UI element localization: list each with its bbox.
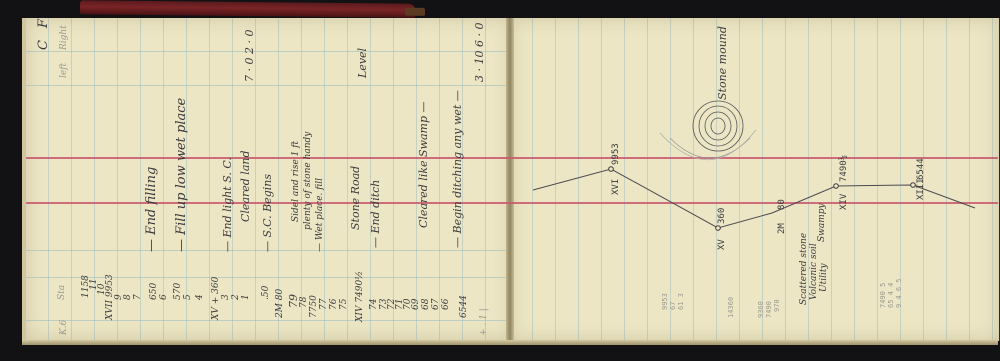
- remark: — End ditch: [370, 180, 381, 248]
- header-faint-left: left: [60, 63, 69, 78]
- station-entry: 79: [288, 294, 299, 308]
- station-entry: 1: [242, 294, 251, 300]
- station-entry: 2M 80: [276, 289, 285, 318]
- station-entry: 66: [442, 299, 451, 310]
- profile-value-xvi: 9953: [612, 143, 621, 165]
- swampy-note: Swampy: [818, 203, 827, 242]
- remark: — Wet place. fill: [316, 178, 325, 252]
- station-entry: 68: [422, 299, 431, 310]
- station-entry: 3: [222, 294, 231, 300]
- station-entry: 6: [160, 294, 169, 300]
- remark: Cleared land: [240, 150, 251, 222]
- soil-note: Utility: [820, 263, 829, 292]
- profile-value-xiii: 6544: [917, 158, 926, 180]
- soil-note: Scattered stone: [800, 233, 809, 305]
- remark: — Begin ditching any wet —: [452, 90, 463, 248]
- stone-mound-note: Stone mound: [717, 26, 728, 100]
- faint-calc: 61 3: [678, 293, 685, 310]
- remark: — End light S. C.: [222, 157, 233, 252]
- station-entry: XIV 7490½: [356, 271, 365, 322]
- station-entry: 6544: [460, 295, 469, 318]
- faint-label-sta: Sta: [58, 285, 67, 300]
- footer-mark: + . 1 |: [480, 308, 489, 336]
- station-entry: 5: [184, 294, 193, 300]
- ruled-line: [26, 320, 506, 321]
- header-col-f: F: [37, 19, 50, 28]
- header-col-c: C: [37, 40, 50, 50]
- profile-label-xiii: XIII: [917, 178, 926, 200]
- station-entry: 4: [196, 294, 205, 300]
- faint-calc: 9360: [758, 301, 765, 318]
- profile-value-xv: 360: [718, 208, 727, 224]
- faint-calc: 9953: [662, 293, 669, 310]
- ruled-line: [26, 51, 506, 52]
- faint-calc: 9 4 6 5: [896, 278, 903, 308]
- profile-label-2m: 2M: [778, 223, 787, 234]
- faint-calc: 970: [774, 299, 781, 312]
- notebook-spine: [80, 0, 415, 18]
- profile-label-xvi: XVI: [612, 179, 621, 195]
- station-entry: 570: [174, 283, 183, 300]
- faint-calc: 7490 5: [880, 283, 887, 308]
- station-entry: 76: [330, 299, 339, 310]
- remark: — End filling: [145, 167, 158, 252]
- remark: — S.C. Begins: [262, 174, 273, 252]
- remark: Cleared like Swamp —: [418, 102, 429, 229]
- profile-label-xiv: XIV: [840, 194, 849, 210]
- profile-label-xv: XV: [718, 239, 727, 250]
- corner-note: K.6: [60, 320, 69, 335]
- remark: plenty of stone handy: [304, 132, 313, 230]
- station-entry: 2: [232, 294, 241, 300]
- faint-calc: 14360: [728, 297, 735, 318]
- profile-value-2m: 80: [778, 199, 787, 210]
- stone-mound-contours: [660, 101, 756, 160]
- header-faint-right: Right: [60, 25, 69, 50]
- station-entry: 7750: [310, 295, 319, 318]
- station-entry: 75: [340, 299, 349, 310]
- soil-note: Volcanic soil: [810, 243, 819, 300]
- remark: Stone Road: [350, 166, 361, 230]
- margin-value: 7 · 0 2 · 0: [244, 30, 255, 82]
- station-entry: 67: [432, 299, 441, 310]
- station-entry: 77: [320, 299, 329, 310]
- faint-calc: 65 4 4: [888, 283, 895, 308]
- profile-sketch: [510, 18, 1000, 341]
- station-entry: 69: [412, 299, 421, 310]
- remark: Sidel and rise 1 ft: [292, 141, 301, 222]
- ruled-line: [26, 85, 506, 86]
- level-note: Level: [357, 48, 368, 78]
- station-entry: 8: [124, 294, 133, 300]
- station-entry: XV + 360: [212, 277, 221, 320]
- station-entry: 7: [134, 294, 143, 300]
- faint-calc: 7490: [766, 301, 773, 318]
- margin-value: 3 · 10 6 · 0: [474, 23, 485, 82]
- station-entry: .50: [262, 286, 271, 300]
- station-entry: 74: [370, 299, 379, 310]
- station-entry: 78: [300, 297, 309, 308]
- remark: — Fill up low wet place: [175, 98, 188, 252]
- faint-calc: 67: [670, 302, 677, 310]
- profile-value-xiv: 7490½: [840, 155, 849, 182]
- station-entry: 650: [150, 283, 159, 300]
